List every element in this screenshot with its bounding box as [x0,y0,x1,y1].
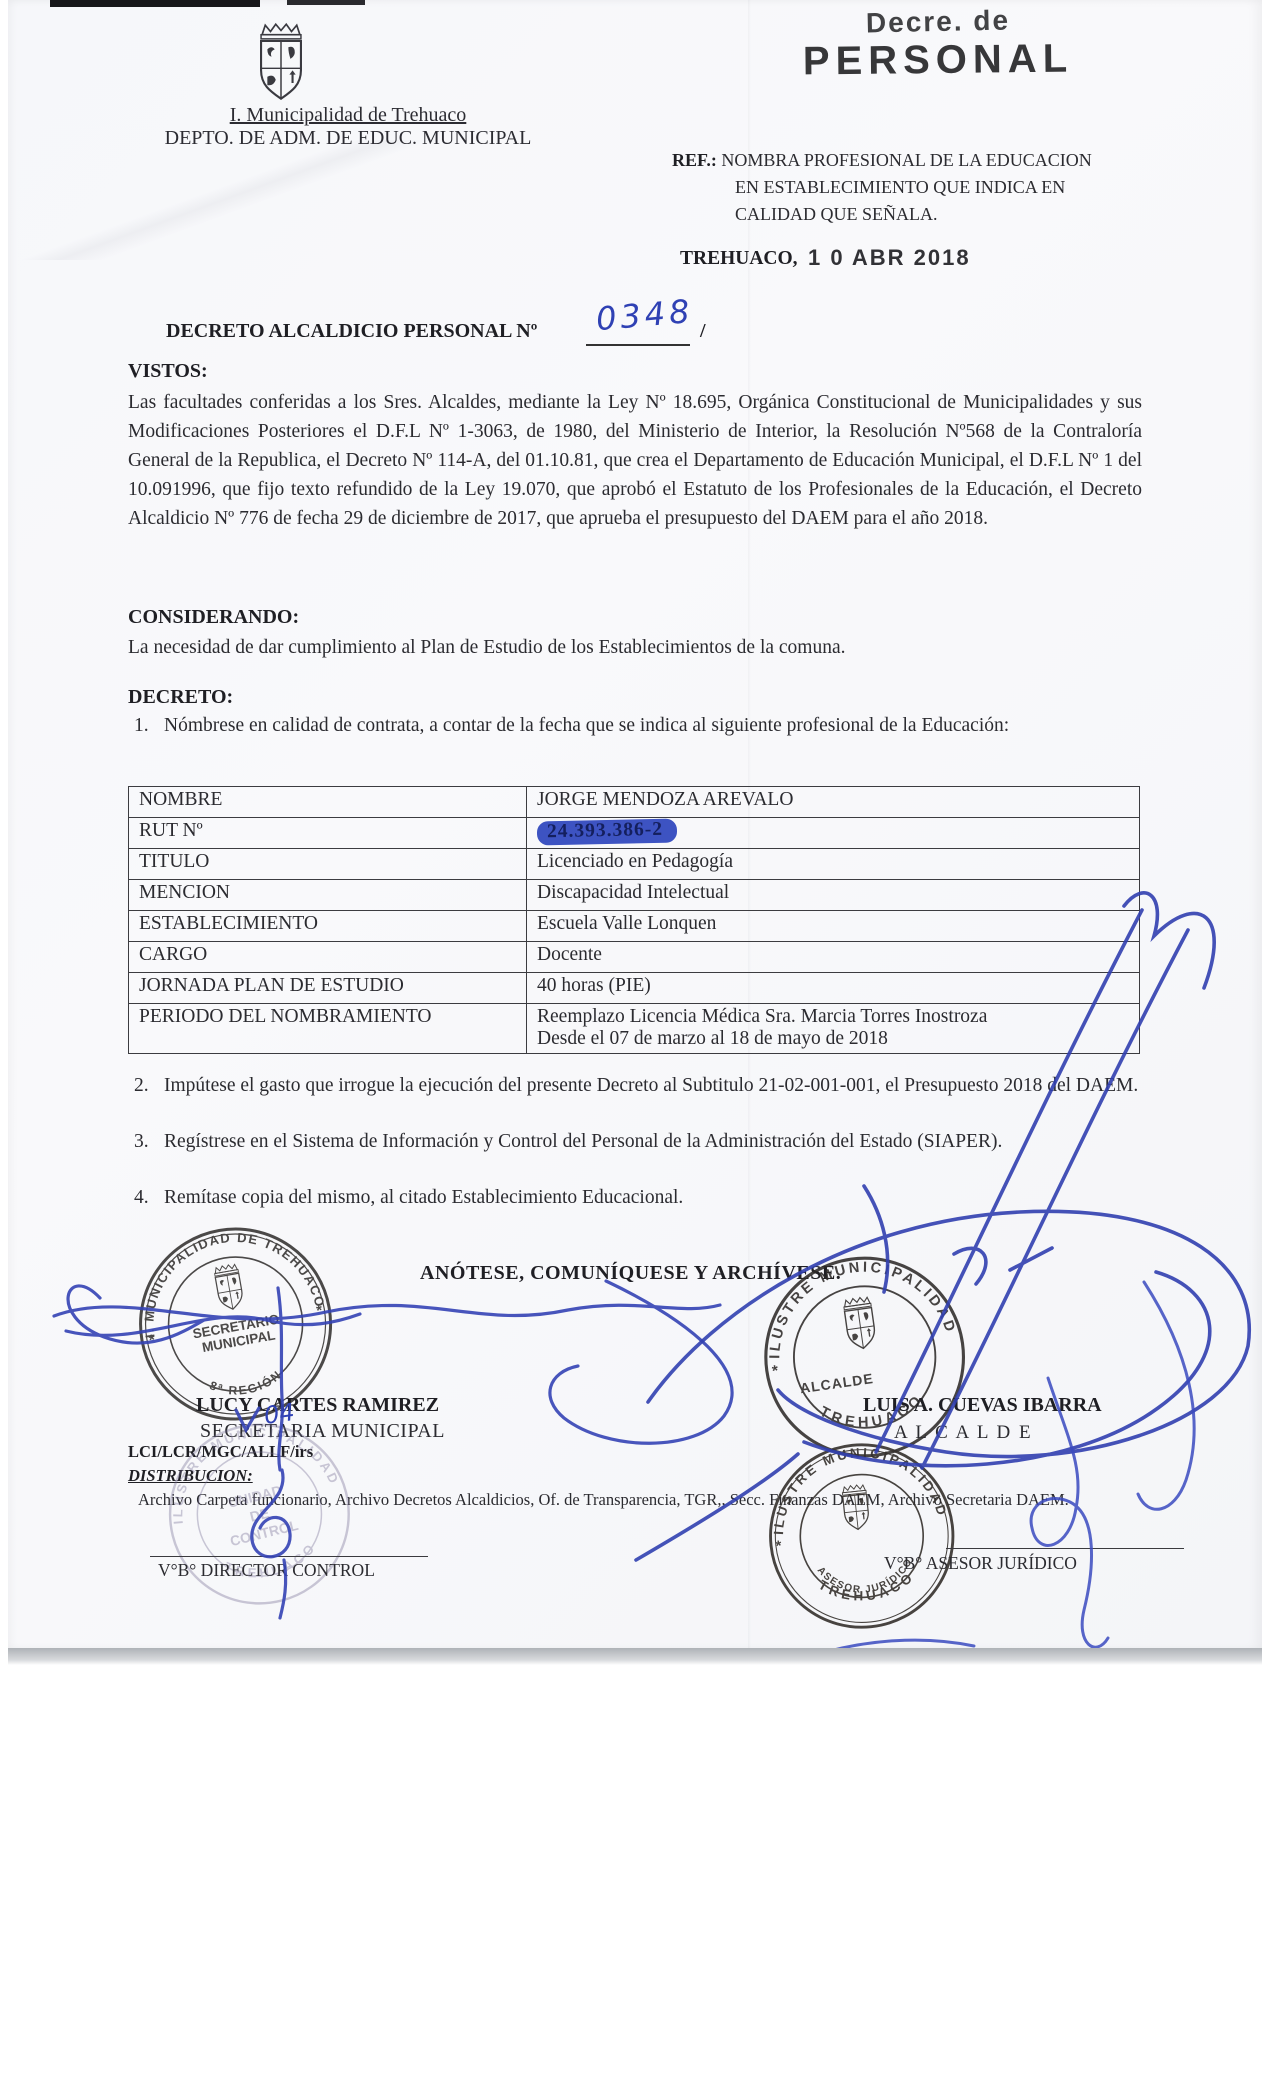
field-label: MENCION [129,880,527,911]
table-row: CARGO Docente [129,942,1140,973]
stamp-star-left: * [771,1362,780,1380]
decree-type-stamp-line1: Decre. de [778,3,1099,42]
vb-control-label: V°B° DIRECTOR CONTROL [158,1560,375,1581]
header-municipality: I. Municipalidad de Trehuaco [148,104,548,127]
vb-legal-signature-line [946,1548,1184,1549]
table-row: JORNADA PLAN DE ESTUDIO 40 horas (PIE) [129,973,1140,1004]
decreto-item-2: 2. Impútese el gasto que irrogue la ejec… [134,1072,1146,1100]
table-row: NOMBRE JORGE MENDOZA AREVALO [129,787,1140,818]
municipal-coat-of-arms [246,20,316,104]
field-label: RUT Nº [129,818,527,849]
decree-number-handwritten: 0348 [595,292,695,338]
stamp-office-text: ALCALDE [799,1370,875,1396]
field-value: Reemplazo Licencia Médica Sra. Marcia To… [527,1004,1140,1054]
field-value: 40 horas (PIE) [527,973,1140,1004]
field-value: Docente [527,942,1140,973]
vistos-body: Las facultades conferidas a los Sres. Al… [128,388,1142,533]
scan-artifact [287,0,365,5]
field-label: CARGO [129,942,527,973]
considerando-body: La necesidad de dar cumplimiento al Plan… [128,633,1142,662]
scan-artifact [50,0,260,7]
handwritten-annotation: 04 [262,1398,296,1430]
stamp-star-left: * [775,1538,783,1555]
mayor-name: LUIS A. CUEVAS IBARRA [863,1394,1102,1417]
paper-crease [8,140,438,260]
stamp-crest-icon [843,1296,877,1350]
decreto-heading: DECRETO: [128,686,233,709]
stamp-ring-text: ILUSTRE MUNICIPALIDAD [763,1436,951,1537]
svg-text:ILUSTRE MUNICIPALIDAD: ILUSTRE MUNICIPALIDAD [763,1436,951,1537]
vb-legal-label: V°B° ASESOR JURÍDICO [884,1553,1077,1574]
stamp-crest-icon [842,1484,870,1531]
decree-number-underline [586,344,690,346]
field-value: Discapacidad Intelectual [527,880,1140,911]
field-label: TITULO [129,849,527,880]
vistos-heading: VISTOS: [128,360,208,383]
svg-text:ILUSTRE MUNICIPALIDAD: ILUSTRE MUNICIPALIDAD [755,1247,959,1361]
table-row: MENCION Discapacidad Intelectual [129,880,1140,911]
decree-number-slash: / [700,320,706,343]
decree-type-stamp-line2: PERSONAL [778,36,1098,84]
table-row: PERIODO DEL NOMBRAMIENTO Reemplazo Licen… [129,1004,1140,1054]
date-received-stamp: 1 0 ABR 2018 [808,245,971,271]
table-row: TITULO Licenciado en Pedagogía [129,849,1140,880]
ref-line3: CALIDAD QUE SEÑALA. [735,204,937,225]
ref-label: REF.: [672,150,717,170]
legal-advisor-stamp: ILUSTRE MUNICIPALIDAD TREHUACO ASESOR JU… [756,1431,968,1647]
vb-control-signature-line [150,1556,428,1557]
decree-number-label: DECRETO ALCALDICIO PERSONAL Nº [166,320,537,343]
table-row: RUT Nº 24.393.386-2 [129,818,1140,849]
stamp-ring-text: ILUSTRE MUNICIPALIDAD [755,1247,959,1361]
decreto-item-1: 1. Nómbrese en calidad de contrata, a co… [134,712,1144,740]
considerando-heading: CONSIDERANDO: [128,606,299,629]
field-label: ESTABLECIMIENTO [129,911,527,942]
ref-line1: REF.: NOMBRA PROFESIONAL DE LA EDUCACION [672,150,1092,171]
stamp-unit-line2: DE [248,1505,271,1525]
scan-page-edge-shadow [8,1648,1262,1665]
decreto-item-4: 4. Remítase copia del mismo, al citado E… [134,1184,1146,1212]
table-row: ESTABLECIMIENTO Escuela Valle Lonquen [129,911,1140,942]
field-value: Licenciado en Pedagogía [527,849,1140,880]
appointment-table: NOMBRE JORGE MENDOZA AREVALO RUT Nº 24.3… [128,786,1140,1054]
decreto-item-3: 3. Regístrese en el Sistema de Informaci… [134,1128,1146,1156]
dateline-city: TREHUACO, [680,248,798,270]
ref-line2: EN ESTABLECIMIENTO QUE INDICA EN [735,177,1065,198]
field-label: NOMBRE [129,787,527,818]
field-value: 24.393.386-2 [527,818,1140,849]
stamp-crest-icon [214,1263,245,1311]
field-value: Escuela Valle Lonquen [527,911,1140,942]
scanned-document-page: I. Municipalidad de Trehuaco DEPTO. DE A… [8,0,1262,1650]
field-label: JORNADA PLAN DE ESTUDIO [129,973,527,1004]
field-value: JORGE MENDOZA AREVALO [527,787,1140,818]
field-label: PERIODO DEL NOMBRAMIENTO [129,1004,527,1054]
header-department: DEPTO. DE ADM. DE EDUC. MUNICIPAL [148,127,548,150]
stamp-unit-line1: UNIDAD [226,1482,283,1511]
rut-redaction-highlight: 24.393.386-2 [537,819,677,846]
